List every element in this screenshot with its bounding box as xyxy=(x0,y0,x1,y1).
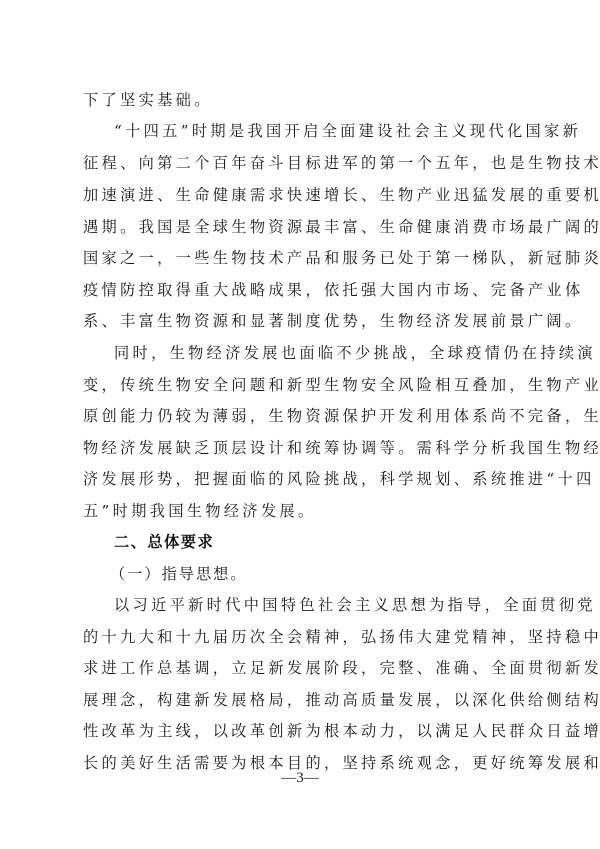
section-heading: 二、总体要求 xyxy=(114,530,517,554)
paragraph-first-line: 以习近平新时代中国特色社会主义思想为指导，全面贯彻党 xyxy=(114,593,517,617)
body-text-line: 求进工作总基调，立足新发展阶段，完整、准确、全面贯彻新发 xyxy=(83,656,517,680)
document-page: 下了坚实基础。 “十四五”时期是我国开启全面建设社会主义现代化国家新 征程、向第… xyxy=(0,0,600,849)
body-text-line: 的十九大和十九届历次全会精神，弘扬伟大建党精神，坚持稳中 xyxy=(83,625,517,649)
body-text-line: 加速演进、生命健康需求快速增长、生物产业迅猛发展的重要机 xyxy=(83,183,517,207)
paragraph-first-line: “十四五”时期是我国开启全面建设社会主义现代化国家新 xyxy=(114,119,517,143)
body-text-line: 性改革为主线，以改革创新为根本动力，以满足人民群众日益增 xyxy=(83,719,517,743)
body-text-line: 展理念，构建新发展格局，推动高质量发展，以深化供给侧结构 xyxy=(83,688,517,712)
body-text-line: 国家之一，一些生物技术产品和服务已处于第一梯队，新冠肺炎 xyxy=(83,246,517,270)
body-text-line: 变，传统生物安全问题和新型生物安全风险相互叠加，生物产业 xyxy=(83,373,517,397)
body-text-line: 济发展形势，把握面临的风险挑战，科学规划、系统推进“十四 xyxy=(83,467,517,491)
page-number: —3— xyxy=(0,766,600,790)
body-text-line: 征程、向第二个百年奋斗目标进军的第一个五年，也是生物技术 xyxy=(83,151,517,175)
body-text-line: 原创能力仍较为薄弱，生物资源保护开发利用体系尚不完备，生 xyxy=(83,404,517,428)
body-text-line: 下了坚实基础。 xyxy=(83,88,517,112)
subsection-heading: （一）指导思想。 xyxy=(110,562,513,586)
body-text-line: 系、丰富生物资源和显著制度优势，生物经济发展前景广阔。 xyxy=(83,309,517,333)
body-text-line: 五”时期我国生物经济发展。 xyxy=(83,499,517,523)
body-text-line: 物经济发展缺乏顶层设计和统筹协调等。需科学分析我国生物经 xyxy=(83,436,517,460)
body-text-line: 遇期。我国是全球生物资源最丰富、生命健康消费市场最广阔的 xyxy=(83,215,517,239)
body-text-line: 疫情防控取得重大战略成果，依托强大国内市场、完备产业体 xyxy=(83,278,517,302)
paragraph-first-line: 同时，生物经济发展也面临不少挑战，全球疫情仍在持续演 xyxy=(114,341,517,365)
